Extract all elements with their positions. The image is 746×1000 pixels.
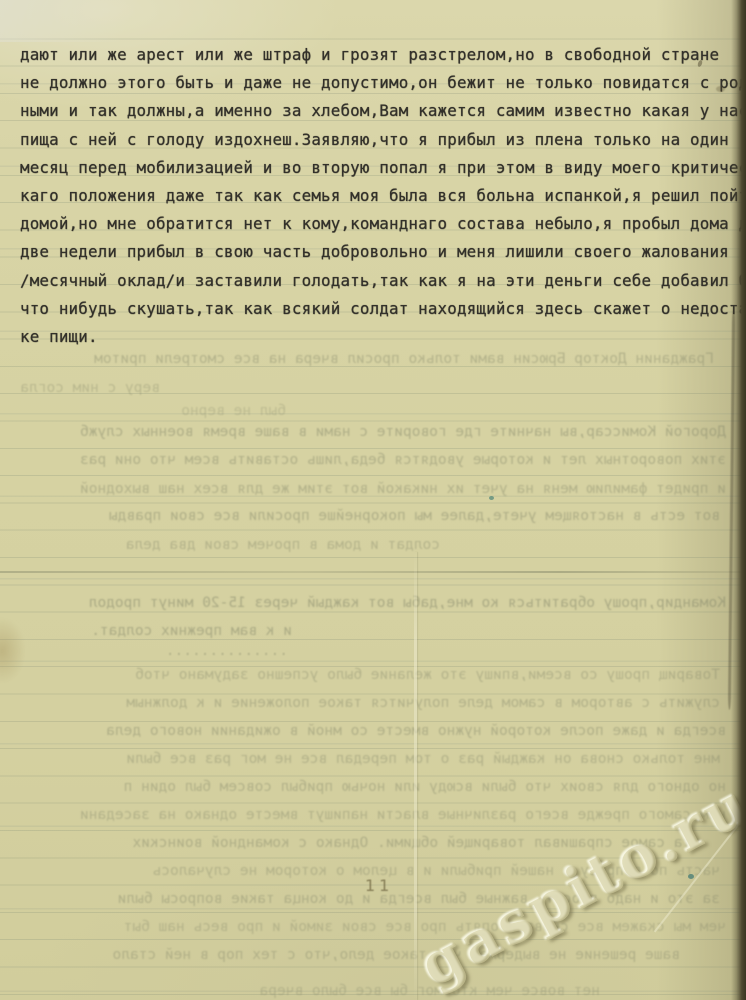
typed-line: месяц перед мобилизацией и во вторую поп… — [20, 154, 746, 182]
vertical-fold-crease — [414, 552, 417, 1000]
bleedthrough-line: солдат и дома в прочем свои два дела — [20, 536, 440, 554]
bleedthrough-line: всегда и даже после которой нужно вместе… — [20, 722, 726, 740]
typed-line: пища с ней с голоду издохнеш.Заявляю,что… — [20, 126, 746, 154]
bleedthrough-line: нет вовсе чем кто мог бы все было вчера — [150, 982, 600, 1000]
typed-line: /месячный оклад/и заставили голодать,так… — [20, 267, 746, 295]
typed-text-block: дают или же арест или же штраф и грозят … — [20, 41, 746, 351]
bleedthrough-line: и к вам прежних солдат. — [20, 622, 292, 640]
bleedthrough-line: Дорогой Комиссар,вы начните где говорите… — [20, 423, 726, 441]
typed-line: дают или же арест или же штраф и грозят … — [20, 41, 746, 69]
bleedthrough-line: чем мы скажем все снова и опять про все … — [20, 918, 726, 936]
bleedthrough-line: ваше решение не выдержав чем такое дело,… — [40, 946, 680, 964]
bleedthrough-line: мне только снова он каждый раз о том пер… — [20, 750, 720, 768]
horizontal-fold-crease — [0, 571, 746, 573]
typed-line: две недели прибыл в свою часть доброволь… — [20, 238, 746, 266]
bleedthrough-line: этих поворотных лет и которые уводятся б… — [20, 451, 726, 469]
bleedthrough-line: и придет фамилию меня на учет их никакой… — [20, 480, 726, 498]
bleedthrough-line: веру с ним согласен — [20, 379, 160, 397]
typed-line: ке пищи. — [20, 323, 746, 351]
bleedthrough-line: Командир,прошу обратиться ко мне,дабы во… — [20, 594, 726, 612]
bleedthrough-line: Товарищ прошу со всеми,впишу это желание… — [20, 666, 720, 684]
ink-speck — [489, 496, 494, 500]
bleedthrough-line: но одного для своих что были всюду или н… — [20, 778, 726, 796]
typed-line: не должно этого быть и даже не допустимо… — [20, 69, 746, 97]
stain-bottom-left — [0, 618, 26, 684]
bleedthrough-line: был не верно — [168, 402, 286, 420]
dark-page-edge — [731, 0, 746, 1000]
ink-speck — [688, 874, 694, 879]
bleedthrough-line: вот есть в настоящем учете,далее мы поко… — [20, 507, 720, 525]
document-scan-page: Гражданин Доктор Брюсин вами только прос… — [0, 0, 746, 1000]
pencil-page-number: 11 — [365, 876, 393, 895]
typed-line: каго положения даже так как семья моя бы… — [20, 182, 746, 210]
typed-line: что нибудь скушать,так как всякий солдат… — [20, 295, 746, 323]
typed-line: ными и так должны,а именно за хлебом,Вам… — [20, 97, 746, 125]
typed-line: домой,но мне обратится нет к кому,команд… — [20, 210, 746, 238]
bleedthrough-line: Гражданин Доктор Брюсин вами только прос… — [42, 350, 714, 368]
smudge-mark — [716, 86, 725, 92]
bleedthrough-line: служить с автором в самом деле получится… — [20, 694, 720, 712]
bleedthrough-line: .............. — [168, 642, 288, 660]
bleedthrough-line: нам самого прежде всего различные власти… — [20, 806, 726, 824]
